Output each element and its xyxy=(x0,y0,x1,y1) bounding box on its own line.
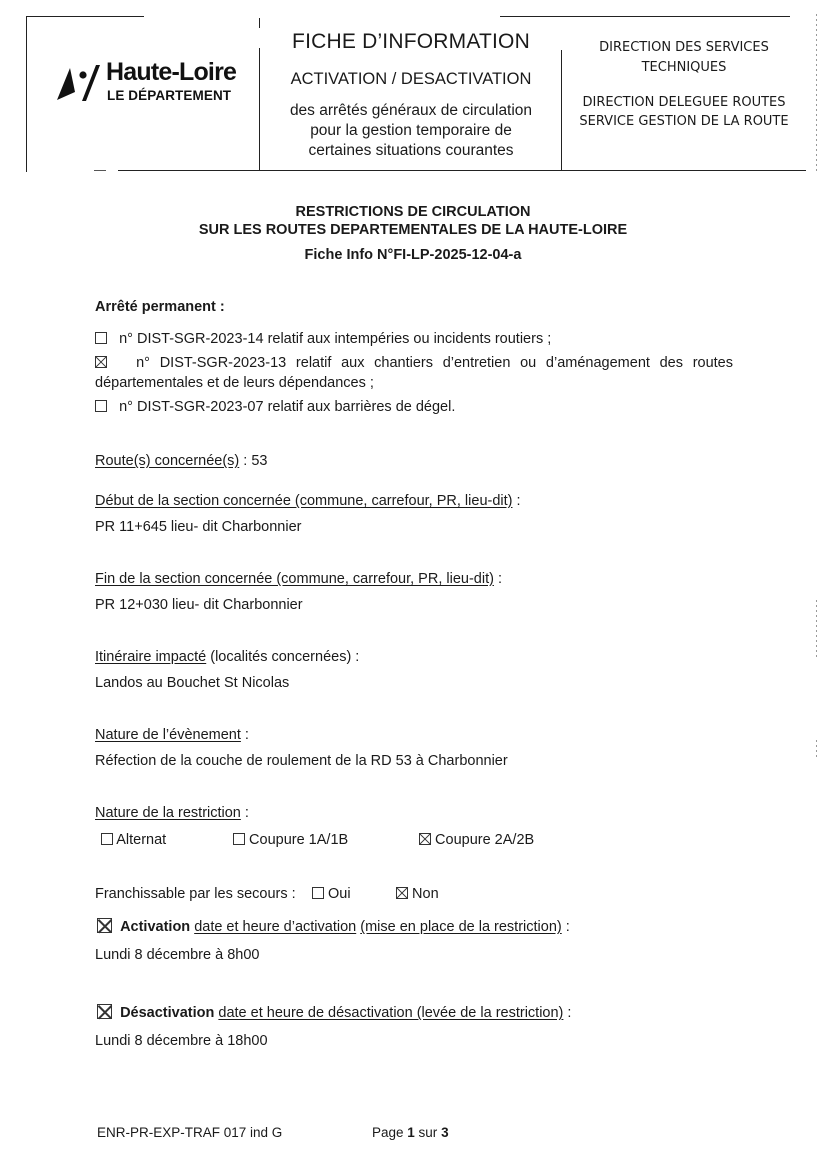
mountain-dot-slash-logo-icon xyxy=(56,62,106,102)
arrete-checkbox-3[interactable] xyxy=(95,400,107,412)
page-mid: sur xyxy=(415,1125,441,1140)
nature-evenement-value: Réfection de la couche de roulement de l… xyxy=(95,753,508,769)
debut-section-label: Début de la section concernée (commune, … xyxy=(95,493,512,509)
arrete-code: DIST-SGR-2023-13 xyxy=(160,355,287,371)
restriction-option-coupure-2a2b[interactable]: Coupure 2A/2B xyxy=(419,832,534,848)
description-line: des arrêtés généraux de circulation xyxy=(262,101,560,121)
header-border-top-right xyxy=(500,16,790,17)
desactivation-field: Désactivation date et heure de désactiva… xyxy=(97,1004,571,1021)
routes-label: Route(s) concernée(s) xyxy=(95,453,239,469)
page-prefix: Page xyxy=(372,1125,407,1140)
header-border-bottom xyxy=(118,170,806,171)
header-border-bottom-stub xyxy=(94,170,106,171)
desactivation-sep: : xyxy=(563,1005,571,1021)
activation-checkbox[interactable] xyxy=(97,918,112,933)
desactivation-value: Lundi 8 décembre à 18h00 xyxy=(95,1033,268,1049)
description-line: certaines situations courantes xyxy=(262,141,560,161)
fiche-number: Fiche Info N°FI-LP-2025-12-04-a xyxy=(100,247,726,263)
header-border-left xyxy=(26,16,27,172)
routes-field: Route(s) concernée(s) : 53 xyxy=(95,453,267,469)
restriction-option-label: Coupure 2A/2B xyxy=(435,832,534,848)
franchissable-checkbox-non[interactable] xyxy=(396,887,408,899)
restriction-option-alternat[interactable]: Alternat xyxy=(101,832,166,848)
itineraire-label: Itinéraire impacté xyxy=(95,649,206,665)
scan-edge-artifact xyxy=(816,14,817,174)
header-border-top xyxy=(26,16,144,17)
arrete-prefix: n° xyxy=(136,355,150,371)
header-direction: DIRECTION DES SERVICES TECHNIQUES DIRECT… xyxy=(563,38,805,132)
page-total: 3 xyxy=(441,1125,449,1140)
footer-reference: ENR-PR-EXP-TRAF 017 ind G xyxy=(97,1125,282,1140)
footer-page-number: Page 1 sur 3 xyxy=(372,1125,449,1140)
page-current: 1 xyxy=(407,1125,415,1140)
scan-edge-artifact xyxy=(816,600,817,660)
debut-section-field: Début de la section concernée (commune, … xyxy=(95,493,521,509)
arrete-prefix: n° xyxy=(119,399,133,415)
nature-restriction-label: Nature de la restriction xyxy=(95,805,241,821)
franchissable-option-non[interactable]: Non xyxy=(396,886,439,902)
desactivation-desc: date et heure de désactivation (levée de… xyxy=(218,1005,563,1021)
desactivation-label: Désactivation xyxy=(120,1005,214,1021)
title-line-2: SUR LES ROUTES DEPARTEMENTALES DE LA HAU… xyxy=(100,221,726,239)
itineraire-value: Landos au Bouchet St Nicolas xyxy=(95,675,289,691)
arrete-code: DIST-SGR-2023-07 xyxy=(137,399,264,415)
arrete-code: DIST-SGR-2023-14 xyxy=(137,331,264,347)
fin-section-field: Fin de la section concernée (commune, ca… xyxy=(95,571,502,587)
arrete-checkbox-2[interactable] xyxy=(95,356,107,368)
itineraire-field: Itinéraire impacté (localités concernées… xyxy=(95,649,359,665)
direction-line: DIRECTION DELEGUEE ROUTES xyxy=(563,93,805,112)
arrete-option-2: n° DIST-SGR-2023-13 relatif aux chantier… xyxy=(95,353,733,393)
fin-section-sep: : xyxy=(494,571,502,587)
activation-label: Activation xyxy=(120,919,190,935)
direction-line: DIRECTION DES SERVICES xyxy=(563,38,805,58)
nature-evenement-sep: : xyxy=(241,727,249,743)
activation-value: Lundi 8 décembre à 8h00 xyxy=(95,947,259,963)
franchissable-option-oui[interactable]: Oui xyxy=(312,886,351,902)
scan-edge-artifact xyxy=(816,740,817,760)
logo-name: Haute-Loire xyxy=(106,58,236,87)
restriction-option-label: Alternat xyxy=(116,832,166,848)
arrete-prefix: n° xyxy=(119,331,133,347)
header-divider-1 xyxy=(259,48,260,171)
fin-section-value: PR 12+030 lieu- dit Charbonnier xyxy=(95,597,303,613)
arrete-permanent-label: Arrêté permanent : xyxy=(95,299,225,315)
nature-evenement-label: Nature de l’évènement xyxy=(95,727,241,743)
routes-sep: : xyxy=(239,453,251,469)
arrete-text: relatif aux barrières de dégel. xyxy=(268,399,456,415)
header-center: FICHE D’INFORMATION ACTIVATION / DESACTI… xyxy=(262,30,560,161)
restriction-checkbox-coupure-1a1b[interactable] xyxy=(233,833,245,845)
description-line: pour la gestion temporaire de xyxy=(262,121,560,141)
routes-value: 53 xyxy=(251,453,267,469)
direction-line: TECHNIQUES xyxy=(563,58,805,78)
activation-sep: : xyxy=(562,919,570,935)
restriction-option-label: Coupure 1A/1B xyxy=(249,832,348,848)
restriction-checkbox-coupure-2a2b[interactable] xyxy=(419,833,431,845)
nature-restriction-sep: : xyxy=(241,805,249,821)
arrete-option-3: n° DIST-SGR-2023-07 relatif aux barrière… xyxy=(95,397,733,417)
debut-section-sep: : xyxy=(512,493,520,509)
logo-subtitle: LE DÉPARTEMENT xyxy=(107,88,231,103)
franchissable-checkbox-oui[interactable] xyxy=(312,887,324,899)
title-line-1: RESTRICTIONS DE CIRCULATION xyxy=(100,203,726,221)
restrictions-title: RESTRICTIONS DE CIRCULATION SUR LES ROUT… xyxy=(100,203,726,239)
direction-line: SERVICE GESTION DE LA ROUTE xyxy=(563,112,805,132)
fin-section-label: Fin de la section concernée (commune, ca… xyxy=(95,571,494,587)
arrete-checkbox-1[interactable] xyxy=(95,332,107,344)
franchissable-option-label: Oui xyxy=(328,886,351,902)
debut-section-value: PR 11+645 lieu- dit Charbonnier xyxy=(95,519,301,535)
restriction-option-coupure-1a1b[interactable]: Coupure 1A/1B xyxy=(233,832,348,848)
document-subtitle: ACTIVATION / DESACTIVATION xyxy=(262,70,560,89)
franchissable-label: Franchissable par les secours : xyxy=(95,886,296,902)
activation-desc2: (mise en place de la restriction) xyxy=(360,919,561,935)
activation-field: Activation date et heure d’activation (m… xyxy=(97,918,570,935)
header-divider-stub xyxy=(259,18,260,28)
nature-evenement-field: Nature de l’évènement : xyxy=(95,727,249,743)
activation-desc: date et heure d’activation xyxy=(194,919,356,935)
arrete-option-1: n° DIST-SGR-2023-14 relatif aux intempér… xyxy=(95,329,733,349)
header-divider-2 xyxy=(561,50,562,171)
arrete-text: relatif aux intempéries ou incidents rou… xyxy=(268,331,552,347)
haute-loire-logo: Haute-Loire LE DÉPARTEMENT xyxy=(56,60,246,106)
document-title: FICHE D’INFORMATION xyxy=(262,30,560,54)
restriction-checkbox-alternat[interactable] xyxy=(101,833,113,845)
document-description: des arrêtés généraux de circulation pour… xyxy=(262,101,560,161)
itineraire-label-suffix: (localités concernées) : xyxy=(206,649,359,665)
nature-restriction-field: Nature de la restriction : xyxy=(95,805,249,821)
desactivation-checkbox[interactable] xyxy=(97,1004,112,1019)
franchissable-option-label: Non xyxy=(412,886,439,902)
